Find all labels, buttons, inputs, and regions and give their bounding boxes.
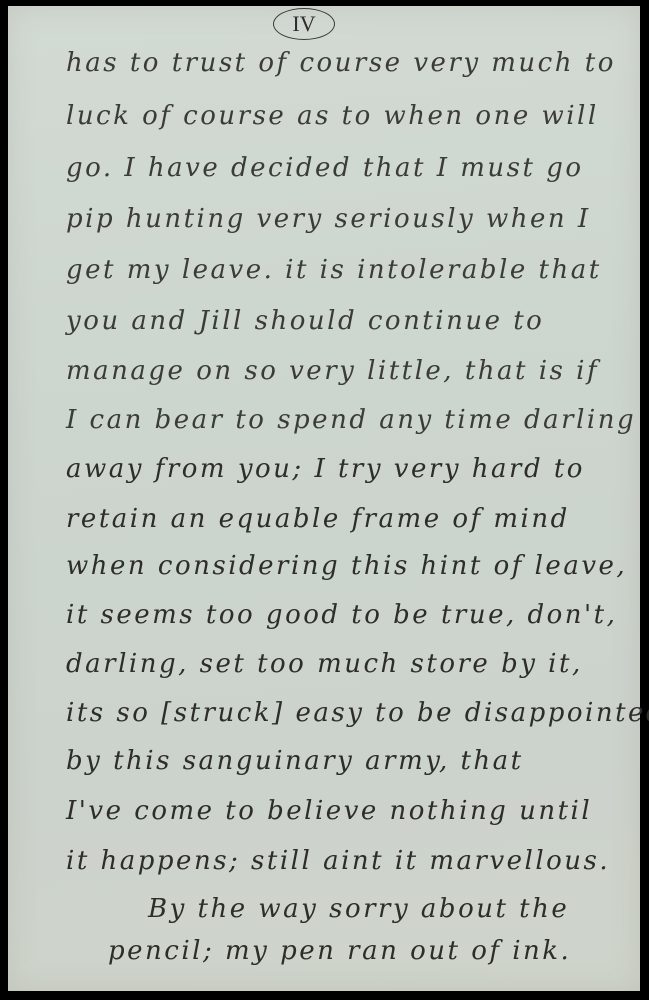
letter-line: manage on so very little, that is if: [66, 356, 599, 386]
letter-page: IV has to trust of course very much to l…: [8, 6, 640, 991]
letter-line: I've come to believe nothing until: [66, 796, 592, 826]
letter-line: I can bear to spend any time darling: [66, 405, 636, 435]
letter-line: you and Jill should continue to: [66, 306, 544, 336]
letter-line: darling, set too much store by it,: [66, 649, 583, 679]
letter-line: luck of course as to when one will: [66, 101, 599, 131]
letter-line: get my leave. it is intolerable that: [66, 255, 602, 285]
letter-line: its so [struck] easy to be disappointed: [66, 698, 649, 728]
letter-line: it seems too good to be true, don't,: [66, 600, 617, 630]
page-number: IV: [273, 8, 335, 40]
letter-line: By the way sorry about the: [148, 894, 569, 924]
letter-line: retain an equable frame of mind: [66, 504, 570, 534]
letter-line: go. I have decided that I must go: [66, 153, 584, 183]
letter-line: by this sanguinary army, that: [66, 746, 524, 776]
letter-line: has to trust of course very much to: [66, 48, 616, 78]
letter-line: when considering this hint of leave,: [66, 551, 627, 581]
letter-line: it happens; still aint it marvellous.: [66, 846, 610, 876]
letter-line: pip hunting very seriously when I: [66, 204, 591, 234]
letter-line: pencil; my pen ran out of ink.: [108, 936, 571, 966]
letter-line: away from you; I try very hard to: [66, 454, 585, 484]
